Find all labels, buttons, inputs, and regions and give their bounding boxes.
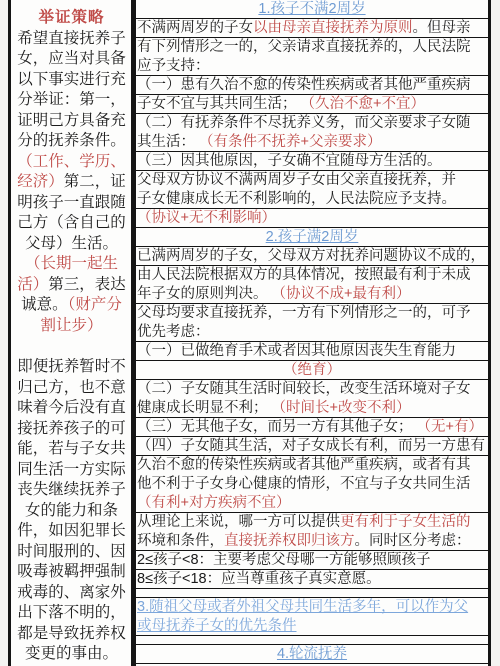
section-1-header: 1.孩子不满2周岁	[136, 0, 488, 19]
text-segment: （一）已做绝育手术或者因其他原因丧失生育能力	[137, 343, 456, 359]
text-segment: 健康成长明显不利；	[137, 400, 272, 416]
table-row: 不满两周岁的子女以由母亲直接抚养为原则。但母亲	[136, 19, 488, 38]
text-segment: （二）有抚养条件不尽抚养义务，而父亲要求子女随	[137, 115, 471, 131]
text-segment: 3.随祖父母或者外祖父母共同生活多年，可以作为父	[137, 599, 468, 615]
text-segment: 从理论上来说，哪一方可以提供	[137, 514, 340, 530]
table-row: 有下列情形之一的，父亲请求直接抚养的，人民法院	[136, 38, 488, 57]
text-segment: 即便抚养暂时不归己方，也不意味着今后没有直接抚养孩子的可能，若与子女共同生活一方…	[17, 358, 126, 662]
text-segment: 由人民法院根据双方的具体情况，按照最有利于未成	[137, 267, 471, 283]
text-segment: 父母均要求直接抚养，一方有下列情形之一的，可予	[137, 305, 471, 321]
table-row: （协议+无不利影响）	[136, 209, 488, 228]
text-segment: （二）子女随其生活时间较长，改变生活环境对子女	[137, 381, 471, 397]
text-segment: 2≤孩子<8：主要考虑父母哪一方能够照顾孩子	[137, 552, 431, 568]
text-segment: （三）因其他原因，子女确不宜随母方生活的。	[137, 153, 442, 169]
text-segment: 已满两周岁的子女，父母双方对抚养问题协议不成的，	[137, 248, 485, 264]
spacer-row	[136, 589, 488, 598]
text-segment: 8≤孩子<18：应当尊重孩子真实意愿。	[137, 571, 381, 587]
text-segment: 希望直接抚养子女，应当对具备以下事实进行充分举证：第一，证明己方具备充分的抚养条…	[17, 30, 126, 150]
custody-rules-table: 1.孩子不满2周岁不满两周岁的子女以由母亲直接抚养为原则。但母亲有下列情形之一的…	[131, 0, 491, 666]
text-segment: 父母双方协议不满两周岁子女由父亲直接抚养，并	[137, 172, 456, 188]
text-segment: 其生活：	[137, 134, 199, 150]
section-3-header-line2: 或母抚养子女的优先条件	[136, 617, 488, 636]
evidence-strategy-cell: 举证策略 希望直接抚养子女，应当对具备以下事实进行充分举证：第一，证明己方具备充…	[8, 0, 131, 666]
table-row: 应予支持：	[136, 57, 488, 76]
table-row: 子女不宜与其共同生活； （久治不愈+不宜）	[136, 95, 488, 114]
text-segment: 子女健康成长无不利影响的，人民法院应予支持。	[137, 191, 456, 207]
table-row: （三）因其他原因，子女确不宜随母方生活的。	[136, 152, 488, 171]
text-segment: （有条件不抚养+父亲要求）	[199, 134, 381, 150]
table-row: 由人民法院根据双方的具体情况，按照最有利于未成	[136, 266, 488, 285]
table-row: （四）子女随其生活，对子女成长有利，而另一方患有	[136, 437, 488, 456]
text-segment: 2.孩子满2周岁	[266, 229, 359, 245]
table-row: 健康成长明显不利； （时间长+改变不利）	[136, 399, 488, 418]
table-row: 父母均要求直接抚养，一方有下列情形之一的，可予	[136, 304, 488, 323]
text-segment: 环境和条件，	[137, 533, 224, 549]
table-row: （二）子女随其生活时间较长，改变生活环境对子女	[136, 380, 488, 399]
table-row: （二）有抚养条件不尽抚养义务，而父亲要求子女随	[136, 114, 488, 133]
table-row: 8≤孩子<18：应当尊重孩子真实意愿。	[136, 570, 488, 589]
table-row: （一）患有久治不愈的传染性疾病或者其他严重疾病	[136, 76, 488, 95]
text-segment: 有下列情形之一的，父亲请求直接抚养的，人民法院	[137, 39, 471, 55]
table-row: （有利+对方疾病不宜）	[136, 494, 488, 513]
table-row: 从理论上来说，哪一方可以提供更有利于子女生活的	[136, 513, 488, 532]
table-row: 环境和条件，直接抚养权即归该方。同时区分考虑：	[136, 532, 488, 551]
text-segment: （有利+对方疾病不宜）	[137, 495, 290, 511]
text-segment: 4.轮流抚养	[277, 646, 347, 662]
text-segment: 1.孩子不满2周岁	[258, 1, 365, 17]
strategy-paragraph-1: 希望直接抚养子女，应当对具备以下事实进行充分举证：第一，证明己方具备充分的抚养条…	[15, 29, 128, 337]
table-row: （一）已做绝育手术或者因其他原因丧失生育能力	[136, 342, 488, 361]
text-segment: 直接抚养权即归该方	[224, 533, 355, 549]
text-segment: 他不利于子女身心健康的情形，不宜与子女共同生活	[137, 476, 471, 492]
text-segment: （四）子女随其生活，对子女成长有利，而另一方患有	[137, 438, 485, 454]
text-segment: 。但母亲	[413, 20, 471, 36]
document-page: 举证策略 希望直接抚养子女，应当对具备以下事实进行充分举证：第一，证明己方具备充…	[0, 0, 500, 666]
text-segment: 优先考虑：	[137, 324, 210, 340]
text-segment: （无+有）	[417, 419, 483, 435]
table-row: （三）无其他子女，而另一方有其他子女； （无+有）	[136, 418, 488, 437]
text-segment: 不满两周岁的子女	[137, 20, 253, 36]
text-segment: 久治不愈的传染性疾病或者其他严重疾病，或者有其	[137, 457, 471, 473]
section-3-header: 3.随祖父母或者外祖父母共同生活多年，可以作为父	[136, 598, 488, 617]
table-row: 年子女的原则判决。 （协议不成+最有利）	[136, 285, 488, 304]
text-segment: 年子女的原则判决。	[137, 286, 272, 302]
table-row: 优先考虑：	[136, 323, 488, 342]
text-segment: （久治不愈+不宜）	[301, 96, 425, 112]
table-row: 他不利于子女身心健康的情形，不宜与子女共同生活	[136, 475, 488, 494]
table-row: （绝育）	[136, 361, 488, 380]
text-segment: 。同时区分考虑：	[355, 533, 471, 549]
text-segment: （绝育）	[283, 362, 341, 378]
text-segment: （时间长+改变不利）	[272, 400, 411, 416]
text-segment: 子女不宜与其共同生活；	[137, 96, 301, 112]
text-segment: 或母抚养子女的优先条件	[137, 618, 297, 634]
strategy-paragraph-2: 即便抚养暂时不归己方，也不意味着今后没有直接抚养孩子的可能，若与子女共同生活一方…	[15, 357, 128, 665]
section-4-header: 4.轮流抚养	[136, 645, 488, 664]
text-segment: （协议不成+最有利）	[272, 286, 411, 302]
table-row: 久治不愈的传染性疾病或者其他严重疾病，或者有其	[136, 456, 488, 475]
text-segment: 应予支持：	[137, 58, 210, 74]
text-segment: （三）无其他子女，而另一方有其他子女；	[137, 419, 417, 435]
text-segment: 更有利于子女生活的	[340, 514, 471, 530]
section-2-header: 2.孩子满2周岁	[136, 228, 488, 247]
text-segment: 以由母亲直接抚养为原则	[253, 20, 413, 36]
text-segment: （协议+无不利影响）	[137, 210, 276, 226]
table-row: 父母双方协议不满两周岁子女由父亲直接抚养，并	[136, 171, 488, 190]
strategy-title: 举证策略	[15, 8, 128, 29]
table-row: 其生活： （有条件不抚养+父亲要求）	[136, 133, 488, 152]
text-segment: （一）患有久治不愈的传染性疾病或者其他严重疾病	[137, 77, 471, 93]
table-row: 已满两周岁的子女，父母双方对抚养问题协议不成的，	[136, 247, 488, 266]
table-row: 2≤孩子<8：主要考虑父母哪一方能够照顾孩子	[136, 551, 488, 570]
table-row: 子女健康成长无不利影响的，人民法院应予支持。	[136, 190, 488, 209]
spacer-row	[136, 636, 488, 645]
